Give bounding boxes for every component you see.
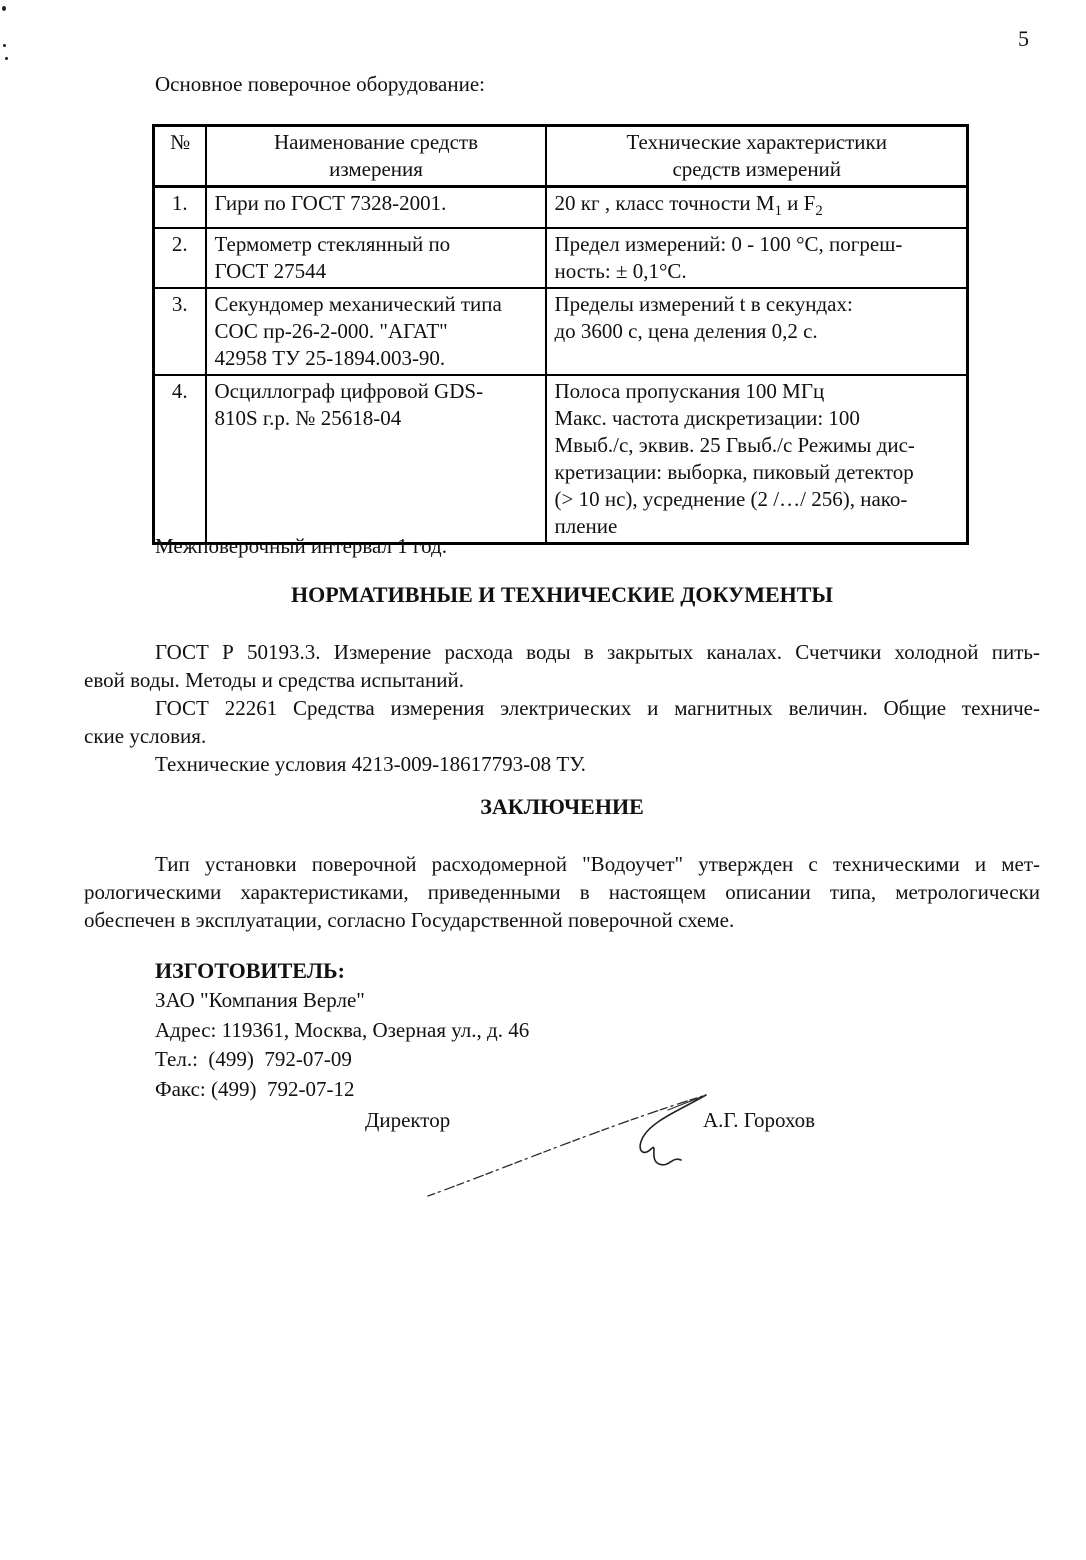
header-text: Технические характеристики	[555, 129, 960, 156]
table-row: 1. Гири по ГОСТ 7328-2001. 20 кг , класс…	[154, 187, 968, 229]
director-signature	[400, 1080, 730, 1210]
row-number-cell: 4.	[154, 375, 206, 544]
characteristics-cell: Предел измерений: 0 - 100 °С, погреш- но…	[546, 228, 968, 288]
cell-text: 20 кг , класс точности М	[555, 191, 775, 215]
row-number-cell: 3.	[154, 288, 206, 375]
equipment-table: № Наименование средств измерения Техниче…	[152, 124, 969, 545]
table-header-row: № Наименование средств измерения Техниче…	[154, 126, 968, 187]
cell-line: Осциллограф цифровой GDS-	[215, 378, 538, 405]
paragraph-line: обеспечен в эксплуатации, согласно Госуд…	[84, 906, 1040, 934]
calibration-interval-note: Межповерочный интервал 1 год.	[155, 534, 447, 559]
header-text: средств измерений	[555, 156, 960, 183]
instrument-name-cell: Гири по ГОСТ 7328-2001.	[206, 187, 546, 229]
scan-artifact	[2, 6, 6, 11]
cell-line: 810S г.р. № 25618-04	[215, 405, 538, 432]
normative-documents-paragraphs: ГОСТ Р 50193.3. Измерение расхода воды в…	[84, 638, 1040, 778]
manufacturer-phone: Тел.: (499) 792-07-09	[155, 1045, 529, 1075]
instrument-name-cell: Секундомер механический типа СОС пр-26-2…	[206, 288, 546, 375]
table-row: 3. Секундомер механический типа СОС пр-2…	[154, 288, 968, 375]
cell-line: Мвыб./с, эквив. 25 Гвыб./с Режимы дис-	[555, 432, 960, 459]
cell-text: и F	[782, 191, 815, 215]
document-page: 5 Основное поверочное оборудование: № На…	[0, 0, 1086, 1560]
cell-line: ГОСТ 27544	[215, 258, 538, 285]
table-row: 4. Осциллограф цифровой GDS- 810S г.р. №…	[154, 375, 968, 544]
scan-artifact	[3, 44, 6, 47]
cell-line: Макс. частота дискретизации: 100	[555, 405, 960, 432]
column-header-characteristics: Технические характеристики средств измер…	[546, 126, 968, 187]
column-header-name: Наименование средств измерения	[206, 126, 546, 187]
page-number: 5	[1018, 26, 1029, 52]
row-number-cell: 1.	[154, 187, 206, 229]
row-number-cell: 2.	[154, 228, 206, 288]
characteristics-cell: Пределы измерений t в секундах: до 3600 …	[546, 288, 968, 375]
characteristics-cell: Полоса пропускания 100 МГц Макс. частота…	[546, 375, 968, 544]
instrument-name-cell: Осциллограф цифровой GDS- 810S г.р. № 25…	[206, 375, 546, 544]
cell-line: СОС пр-26-2-000. "АГАТ"	[215, 318, 538, 345]
cell-line: кретизации: выборка, пиковый детектор	[555, 459, 960, 486]
cell-line: Секундомер механический типа	[215, 291, 538, 318]
paragraph-line: Технические условия 4213-009-18617793-08…	[84, 750, 1040, 778]
cell-line: (> 10 нс), усреднение (2 /…/ 256), нако-	[555, 486, 960, 513]
paragraph-line: ские условия.	[84, 722, 1040, 750]
header-text: Наименование средств	[215, 129, 538, 156]
paragraph-line: Тип установки поверочной расходомерной "…	[84, 850, 1040, 878]
header-text: измерения	[215, 156, 538, 183]
cell-line: Полоса пропускания 100 МГц	[555, 378, 960, 405]
conclusion-heading: ЗАКЛЮЧЕНИЕ	[84, 794, 1040, 820]
cell-line: Гири по ГОСТ 7328-2001.	[215, 190, 538, 217]
cell-line: 42958 ТУ 25-1894.003-90.	[215, 345, 538, 372]
paragraph-line: евой воды. Методы и средства испытаний.	[84, 666, 1040, 694]
cell-line: 20 кг , класс точности М1 и F2	[555, 190, 960, 225]
paragraph-line: рологическими характеристиками, приведен…	[84, 878, 1040, 906]
scan-artifact	[5, 57, 8, 60]
cell-line: ность: ± 0,1°С.	[555, 258, 960, 285]
cell-line: до 3600 с, цена деления 0,2 с.	[555, 318, 960, 345]
table-row: 2. Термометр стеклянный по ГОСТ 27544 Пр…	[154, 228, 968, 288]
manufacturer-company: ЗАО "Компания Верле"	[155, 986, 529, 1016]
subscript: 1	[775, 203, 782, 219]
cell-line: пление	[555, 513, 960, 540]
equipment-intro-label: Основное поверочное оборудование:	[155, 72, 485, 97]
cell-line: Пределы измерений t в секундах:	[555, 291, 960, 318]
cell-line: Предел измерений: 0 - 100 °С, погреш-	[555, 231, 960, 258]
conclusion-paragraph: Тип установки поверочной расходомерной "…	[84, 850, 1040, 934]
manufacturer-heading: ИЗГОТОВИТЕЛЬ:	[155, 956, 529, 986]
paragraph-line: ГОСТ 22261 Средства измерения электричес…	[84, 694, 1040, 722]
manufacturer-address: Адрес: 119361, Москва, Озерная ул., д. 4…	[155, 1016, 529, 1046]
subscript: 2	[815, 203, 822, 219]
normative-documents-heading: НОРМАТИВНЫЕ И ТЕХНИЧЕСКИЕ ДОКУМЕНТЫ	[84, 582, 1040, 608]
cell-line: Термометр стеклянный по	[215, 231, 538, 258]
column-header-number: №	[154, 126, 206, 187]
header-text: №	[163, 129, 198, 156]
paragraph-line: ГОСТ Р 50193.3. Измерение расхода воды в…	[84, 638, 1040, 666]
characteristics-cell: 20 кг , класс точности М1 и F2	[546, 187, 968, 229]
instrument-name-cell: Термометр стеклянный по ГОСТ 27544	[206, 228, 546, 288]
